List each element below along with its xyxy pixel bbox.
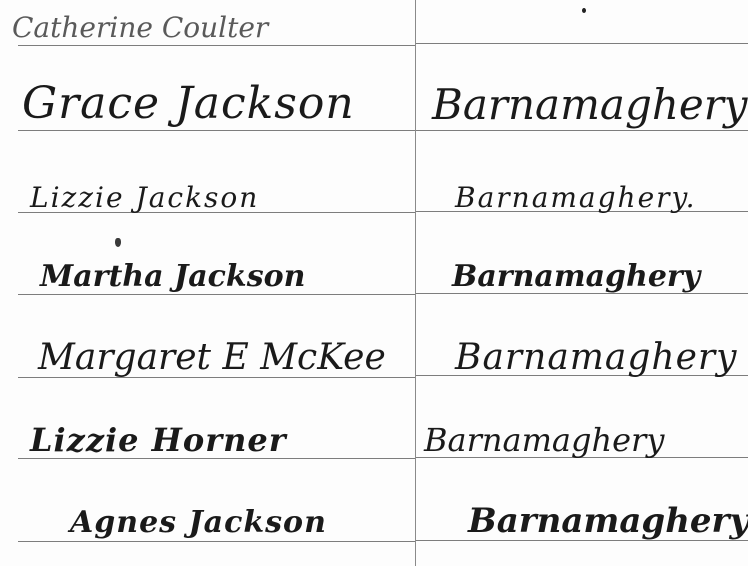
entry-residence: Barnamaghery: [432, 84, 748, 126]
column-divider: [415, 0, 416, 566]
entry-residence: Barnamaghery: [452, 262, 700, 292]
row-rule: [18, 130, 415, 131]
ink-dot: [582, 8, 586, 13]
row-rule: [18, 45, 415, 46]
entry-name: Lizzie Horner: [30, 424, 287, 456]
row-rule: [416, 130, 748, 131]
entry-name: Catherine Coulter: [12, 14, 268, 42]
entry-residence: Barnamaghery: [468, 504, 748, 538]
entry-name: Grace Jackson: [22, 82, 355, 126]
entry-name: Martha Jackson: [40, 262, 305, 292]
entry-name: Agnes Jackson: [70, 508, 327, 538]
register-page: Catherine Coulter Grace Jackson Barnamag…: [0, 0, 748, 566]
row-rule: [18, 294, 415, 295]
ink-blot: [115, 238, 121, 247]
row-rule: [18, 541, 415, 542]
entry-name: Margaret E McKee: [38, 340, 386, 376]
entry-name: Lizzie Jackson: [30, 184, 259, 212]
entry-residence: Barnamaghery: [455, 340, 737, 376]
entry-residence: Barnamaghery: [424, 424, 664, 456]
row-rule: [416, 43, 748, 44]
entry-residence: Barnamaghery.: [455, 184, 697, 212]
